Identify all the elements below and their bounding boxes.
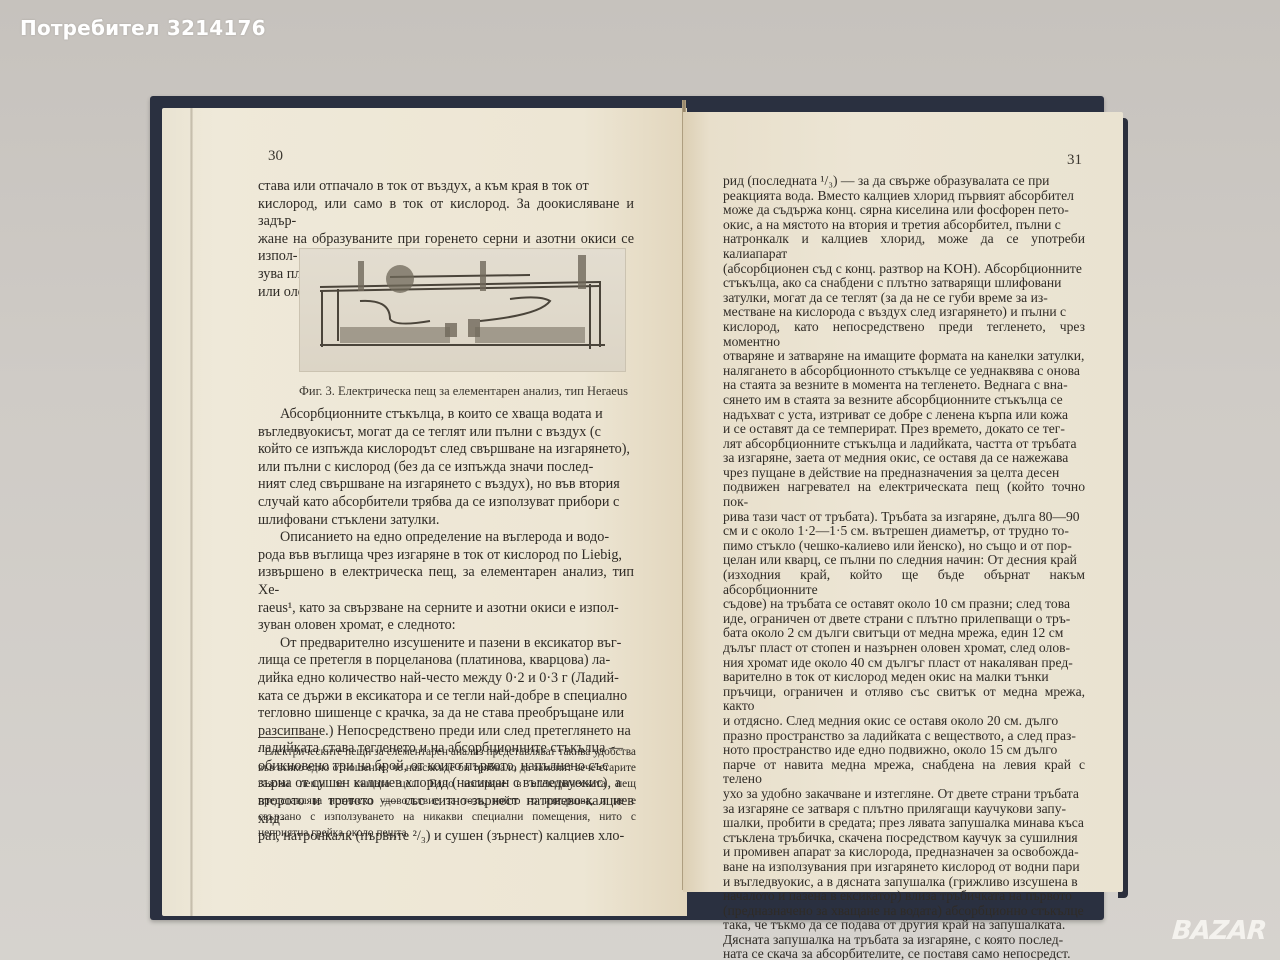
text-line: шалки, пробити в средата; през лявата за… xyxy=(723,816,1085,831)
text-line: raeus¹, като за свързване на серните и а… xyxy=(258,600,634,618)
text-line: ният след свършване на изгарянето с възд… xyxy=(258,476,634,494)
text-line: и промивен апарат за кислорода, предназн… xyxy=(723,845,1085,860)
bazar-watermark-logo: BAZAR xyxy=(1171,916,1267,946)
uploader-label: Потребител 3214176 xyxy=(20,16,266,40)
text-line: сянето им в стаята за везните абсорбцион… xyxy=(723,393,1085,408)
text-line: целан или кварц, се пълни по следния нач… xyxy=(723,553,1085,568)
text-line: бата около 2 см дълги свитъци от медна м… xyxy=(723,626,1085,641)
text-line: рива тази част от тръбата). Тръбата за и… xyxy=(723,510,1085,525)
text-line: и въгледвуокис, а в дясната запушалка (г… xyxy=(723,875,1085,890)
text-line: парче от навита медна мрежа, снабдена на… xyxy=(723,758,1085,787)
text-line: см и с около 1·2—1·5 см. вътрешен диамет… xyxy=(723,524,1085,539)
text-line: рид (последната ¹/₃) — за да свърже обра… xyxy=(723,174,1085,189)
text-line: Описанието на едно определение на въглер… xyxy=(258,529,634,547)
text-line: пръчици, ограничен и отляво със свитък о… xyxy=(723,685,1085,714)
text-line: пимо стъкло (чешко-калиево или йенско), … xyxy=(723,539,1085,554)
text-line: ухо за удобно закачване и изтегляне. От … xyxy=(723,787,1085,802)
text-line: и отдясно. След медния окис се оставя ок… xyxy=(723,714,1085,729)
text-line: кислород, или само в ток от кислород. За… xyxy=(258,196,634,231)
footnote-divider xyxy=(258,737,320,738)
page-number: 30 xyxy=(268,148,283,165)
text-line: стъкълца, ако са снабдени с плътно затва… xyxy=(723,276,1085,291)
text-line: тегловно шишенце с крачка, за да не став… xyxy=(258,705,634,723)
text-line: на стаята за везните в момента на теглен… xyxy=(723,378,1085,393)
right-page: 31 рид (последната ¹/₃) — за да свърже о… xyxy=(683,112,1123,892)
electric-furnace-icon xyxy=(300,249,625,371)
text-line: или пълни с кислород (без да се изпъжда … xyxy=(258,459,634,477)
text-line: окис, а на мястото на втория и третия аб… xyxy=(723,218,1085,233)
text-line: От предварително изсушените и пазени в е… xyxy=(258,635,634,653)
footnote: ¹ Електрическите пещи за елементарен ана… xyxy=(258,744,636,841)
text-line: ване на използувания при изгарянето кисл… xyxy=(723,860,1085,875)
text-line: (изходния край, който ще бъде обърнат на… xyxy=(723,568,1085,597)
text-line: за изгаряне се затваря с плътно прилягащ… xyxy=(723,802,1085,817)
text-line: (абсорбционен съд с конц. разтвор на KOH… xyxy=(723,262,1085,277)
text-line: началото и пазена в ексикатор) влиза тръ… xyxy=(723,889,1085,904)
text-line: (предназначено за хващане на водата) абс… xyxy=(723,904,1085,919)
figure-caption: Фиг. 3. Електрическа пещ за елементарен … xyxy=(299,384,639,399)
text-line: ката се държи в ексикатора и се тегли на… xyxy=(258,688,634,706)
text-line: Дясната запушалка на тръбата за изгаряне… xyxy=(723,933,1085,948)
text-line: така, че тъкмо да се подава от другия кр… xyxy=(723,918,1085,933)
page-number: 31 xyxy=(1067,152,1082,169)
page-edge-line xyxy=(190,108,193,916)
text-line: чрез пущане в действие на предназначения… xyxy=(723,466,1085,481)
text-line: ния хромат иде около 40 см дългъг пласт … xyxy=(723,656,1085,671)
text-line: ното пространство иде едно подвижно, око… xyxy=(723,743,1085,758)
text-line: дийка едно количество най-често между 0·… xyxy=(258,670,634,688)
text-line: варително в ток от кислород меден окис н… xyxy=(723,670,1085,685)
right-page-body: рид (последната ¹/₃) — за да свърже обра… xyxy=(723,174,1085,960)
text-line: рода във въглища чрез изгаряне в ток от … xyxy=(258,547,634,565)
text-line: надъхват с уста, изтриват се добре с лен… xyxy=(723,408,1085,423)
electric-furnace-figure xyxy=(299,248,626,372)
text-line: налягането в абсорбционното стъкълце се … xyxy=(723,364,1085,379)
text-line: който се изпъжда кислородът след свършва… xyxy=(258,441,634,459)
text-line: дълъг пласт от стопен и назърнен оловен … xyxy=(723,641,1085,656)
text-line: извършено в електрическа пещ, за елемент… xyxy=(258,564,634,599)
text-line: случай като абсорбители трябва да се изп… xyxy=(258,494,634,512)
text-line: зуван оловен хромат, е следното: xyxy=(258,617,634,635)
text-line: подвижен нагревател на електрическата пе… xyxy=(723,480,1085,509)
text-line: местване на кислорода с въздух след изга… xyxy=(723,305,1085,320)
text-line: иде, ограничен от двете страни с плътно … xyxy=(723,612,1085,627)
text-line: стъклена тръбичка, скачена посредством к… xyxy=(723,831,1085,846)
text-line: отваряне и затваряне на имащите формата … xyxy=(723,349,1085,364)
text-line: кислород, като непосредствено преди тегл… xyxy=(723,320,1085,349)
text-line: за изгаряне, заета от медния окис, се ос… xyxy=(723,451,1085,466)
text-line: може да съдържа конц. сярна киселина или… xyxy=(723,203,1085,218)
text-line: и се оставят да се темперират. През врем… xyxy=(723,422,1085,437)
text-line: Абсорбционните стъкълца, в които се хващ… xyxy=(258,406,634,424)
text-line: въгледвуокисът, могат да се теглят или п… xyxy=(258,424,634,442)
text-line: съдове) на тръбата се оставят около 10 с… xyxy=(723,597,1085,612)
text-line: затулки, могат да се теглят (за да не се… xyxy=(723,291,1085,306)
text-line: натронкалк и калциев хлорид, може да се … xyxy=(723,232,1085,261)
text-line: лят абсорбционните стъкълца и ладийката,… xyxy=(723,437,1085,452)
text-line: празно пространство за ладийката с вещес… xyxy=(723,729,1085,744)
text-line: става или отпачало в ток от въздух, а къ… xyxy=(258,178,634,196)
left-page: 30 става или отпачало в ток от въздух, а… xyxy=(162,108,687,916)
text-line: ната се скача за абсорбителите, се поста… xyxy=(723,947,1085,960)
text-line: шлифовани стъклени затулки. xyxy=(258,512,634,530)
text-line: лища се претегля в порцеланова (платинов… xyxy=(258,652,634,670)
text-line: реакцията вода. Вместо калциев хлорид пъ… xyxy=(723,189,1085,204)
